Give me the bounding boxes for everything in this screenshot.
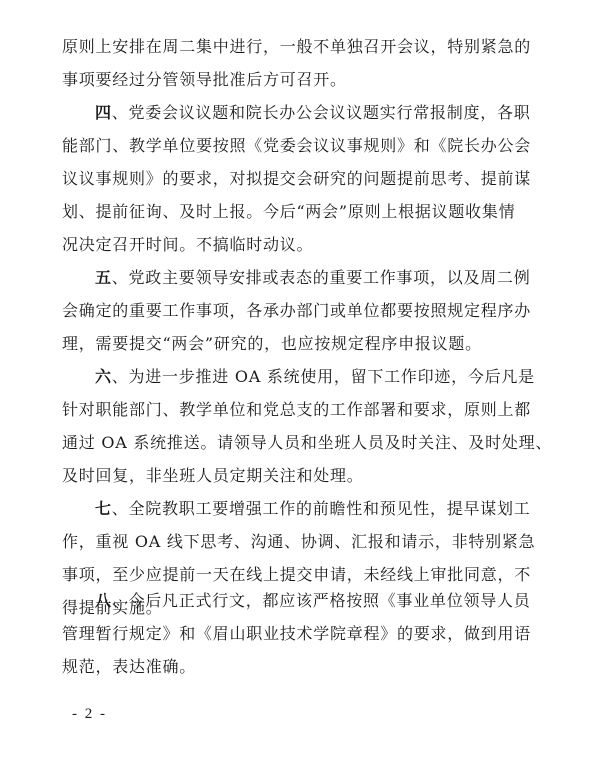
paragraph-line: 管理暂行规定》和《眉山职业技术学院章程》的要求，做到用语 bbox=[62, 619, 537, 649]
item-number: 六 bbox=[95, 367, 112, 386]
item-number: 八 bbox=[95, 591, 112, 610]
paragraph-item-6-first-line: 六、为进一步推进 OA 系统使用，留下工作印迹，今后凡是 bbox=[95, 362, 570, 392]
paragraph-text: 、今后凡正式行文，都应该严格按照《事业单位领导人员 bbox=[112, 591, 531, 610]
paragraph-line: 议议事规则》的要求，对拟提交会研究的问题提前思考、提前谋 bbox=[62, 164, 537, 194]
page-number: - 2 - bbox=[72, 703, 107, 725]
document-page: 原则上安排在周二集中进行，一般不单独召开会议，特别紧急的 事项要经过分管领导批准… bbox=[0, 0, 595, 777]
paragraph-item-7-first-line: 七、全院教职工要增强工作的前瞻性和预见性，提早谋划工 bbox=[95, 494, 570, 524]
paragraph-text: 、全院教职工要增强工作的前瞻性和预见性，提早谋划工 bbox=[112, 499, 531, 518]
paragraph-line: 作，重视 OA 线下思考、沟通、协调、汇报和请示，非特别紧急 bbox=[62, 527, 537, 557]
paragraph-text: 、为进一步推进 OA 系统使用，留下工作印迹，今后凡是 bbox=[112, 367, 535, 386]
paragraph-item-4-first-line: 四、党委会议议题和院长办公会议议题实行常报制度，各职 bbox=[95, 98, 570, 128]
paragraph-line: 规范，表达准确。 bbox=[62, 652, 537, 682]
paragraph-item-5-first-line: 五、党政主要领导安排或表态的重要工作事项，以及周二例 bbox=[95, 263, 570, 293]
paragraph-line: 划、提前征询、及时上报。今后“两会”原则上根据议题收集情 bbox=[62, 197, 537, 227]
paragraph-text: 、党委会议议题和院长办公会议议题实行常报制度，各职 bbox=[112, 103, 531, 122]
paragraph-line: 能部门、教学单位要按照《党委会议议事规则》和《院长办公会 bbox=[62, 131, 537, 161]
paragraph-item-8-first-line: 八、今后凡正式行文，都应该严格按照《事业单位领导人员 bbox=[95, 586, 570, 616]
paragraph-line: 事项要经过分管领导批准后方可召开。 bbox=[62, 65, 537, 95]
item-number: 七 bbox=[95, 499, 112, 518]
paragraph-line: 会确定的重要工作事项，各承办部门或单位都要按照规定程序办 bbox=[62, 296, 537, 326]
paragraph-line: 通过 OA 系统推送。请领导人员和坐班人员及时关注、及时处理、 bbox=[62, 428, 537, 458]
item-number: 四 bbox=[95, 103, 112, 122]
paragraph-line: 及时回复，非坐班人员定期关注和处理。 bbox=[62, 461, 537, 491]
paragraph-line: 理，需要提交“两会”研究的，也应按规定程序申报议题。 bbox=[62, 329, 537, 359]
paragraph-line: 况决定召开时间。不搞临时动议。 bbox=[62, 230, 537, 260]
paragraph-text: 、党政主要领导安排或表态的重要工作事项，以及周二例 bbox=[112, 268, 531, 287]
item-number: 五 bbox=[95, 268, 112, 287]
paragraph-line: 针对职能部门、教学单位和党总支的工作部署和要求，原则上都 bbox=[62, 395, 537, 425]
paragraph-line: 原则上安排在周二集中进行，一般不单独召开会议，特别紧急的 bbox=[62, 32, 537, 62]
